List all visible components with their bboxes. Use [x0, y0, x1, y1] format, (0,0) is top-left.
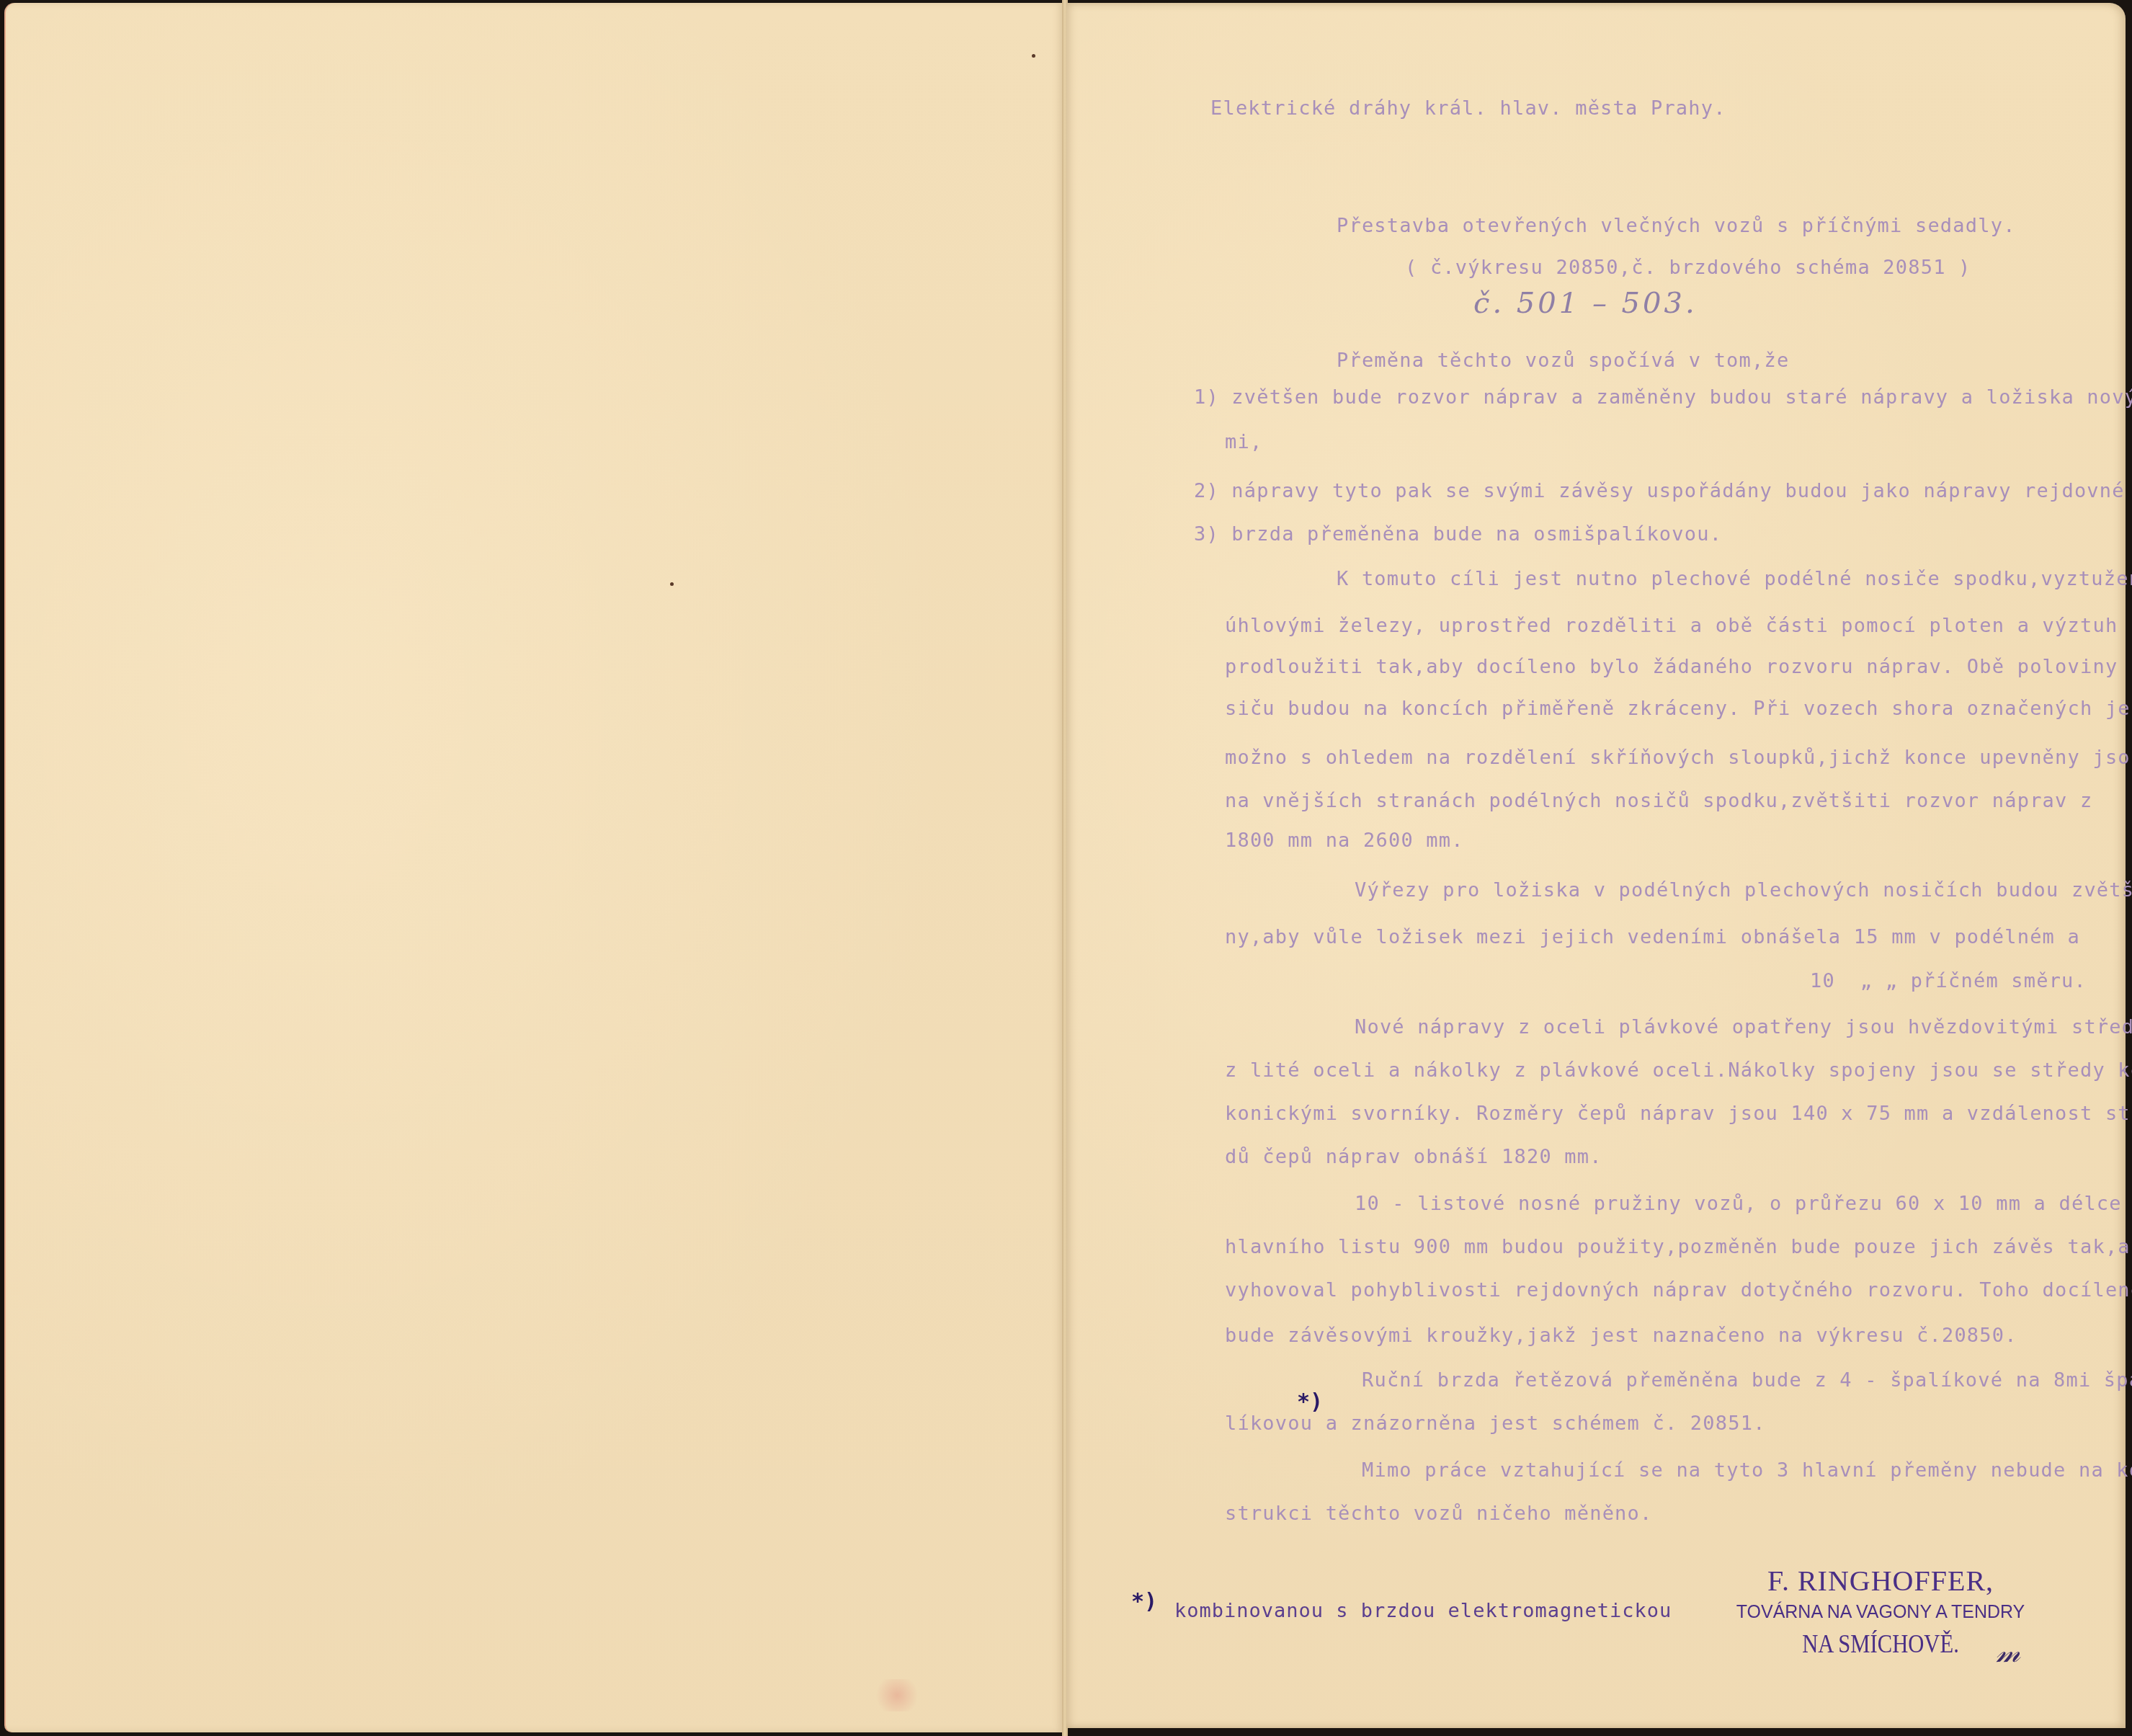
list-item-3: 3) brzda přeměněna bude na osmišpalíkovo… — [1194, 525, 1722, 544]
body-line: vyhovoval pohyblivosti rejdovných náprav… — [1225, 1281, 2132, 1300]
body-line: Ruční brzda řetězová přeměněna bude z 4 … — [1362, 1371, 2132, 1390]
footnote-text: kombinovanou s brzdou elektromagnetickou — [1174, 1600, 1672, 1622]
list-item-1-cont: mi, — [1225, 432, 1262, 452]
body-line: Výřezy pro ložiska v podélných plechovýc… — [1355, 881, 2132, 900]
body-line: možno s ohledem na rozdělení skříňových … — [1225, 748, 2132, 767]
paper-speck — [670, 582, 674, 586]
handwritten-car-numbers: č. 501 – 503. — [1473, 287, 1698, 320]
body-line: strukci těchto vozů ničeho měněno. — [1225, 1504, 1652, 1523]
body-line: konickými svorníky. Rozměry čepů náprav … — [1225, 1104, 2132, 1123]
body-line: bude závěsovými kroužky,jakž jest naznač… — [1225, 1326, 2017, 1345]
body-line: prodloužiti tak,aby docíleno bylo žádané… — [1225, 657, 2132, 677]
document-header: Elektrické dráhy král. hlav. města Prahy… — [1210, 99, 1726, 118]
body-line: hlavního listu 900 mm budou použity,pozm… — [1225, 1237, 2132, 1257]
stamp-factory-line: TOVÁRNA NA VAGONY A TENDRY — [1729, 1602, 2032, 1623]
footnote-marker: *) — [1131, 1589, 1157, 1614]
left-page-blank — [4, 3, 1063, 1732]
body-line: siču budou na koncích přiměřeně zkráceny… — [1225, 699, 2132, 718]
body-line: 10 - listové nosné pružiny vozů, o průře… — [1355, 1194, 2122, 1214]
company-stamp: F. RINGHOFFER, TOVÁRNA NA VAGONY A TENDR… — [1729, 1564, 2032, 1659]
body-line: dů čepů náprav obnáší 1820 mm. — [1225, 1147, 1602, 1167]
body-line: Nové nápravy z oceli plávkové opatřeny j… — [1355, 1018, 2132, 1037]
list-item-1: 1) zvětšen bude rozvor náprav a zaměněny… — [1194, 388, 2132, 407]
signature-initial: 𝓂 — [1996, 1636, 2020, 1669]
body-line: z lité oceli a nákolky z plávkové oceli.… — [1225, 1061, 2132, 1080]
body-line: 10 „ „ příčném směru. — [1810, 971, 2087, 991]
body-line: úhlovými železy, uprostřed rozděliti a o… — [1225, 616, 2118, 636]
stamp-company-name: F. RINGHOFFER, — [1729, 1564, 2032, 1598]
body-line: Mimo práce vztahující se na tyto 3 hlavn… — [1362, 1461, 2132, 1480]
document-subtitle: ( č.výkresu 20850,č. brzdového schéma 20… — [1405, 258, 1971, 277]
body-line: na vnějších stranách podélných nosičů sp… — [1225, 791, 2092, 811]
body-line: 1800 mm na 2600 mm. — [1225, 831, 1464, 850]
stamp-location: NA SMÍCHOVĚ. — [1752, 1629, 2010, 1659]
body-line: líkovou a znázorněna jest schémem č. 208… — [1225, 1414, 1766, 1433]
paper-speck — [1032, 54, 1035, 58]
body-line: K tomuto cíli jest nutno plechové podéln… — [1337, 569, 2132, 589]
footnote-reference-marker: *) — [1297, 1389, 1323, 1415]
body-line: Přeměna těchto vozů spočívá v tom,že — [1337, 351, 1789, 370]
red-stain-mark — [872, 1679, 922, 1711]
list-item-2: 2) nápravy tyto pak se svými závěsy uspo… — [1194, 481, 2132, 501]
document-title: Přestavba otevřených vlečných vozů s pří… — [1337, 216, 2016, 236]
body-line: ny,aby vůle ložisek mezi jejich vedeními… — [1225, 927, 2080, 947]
